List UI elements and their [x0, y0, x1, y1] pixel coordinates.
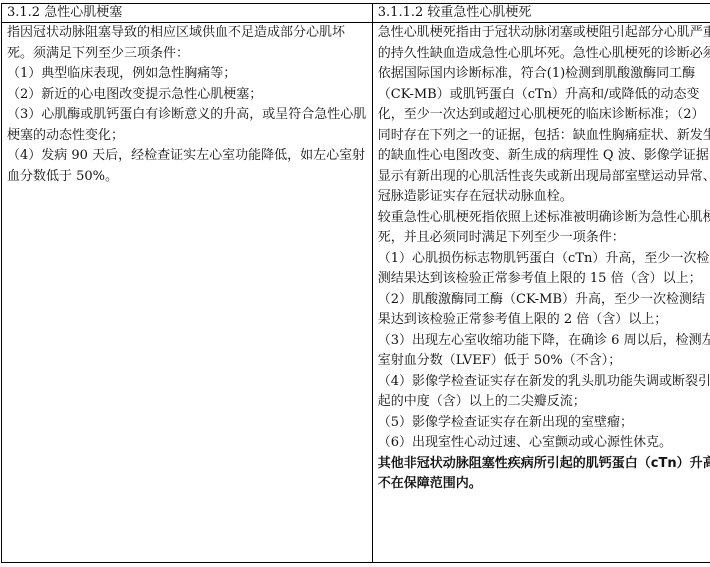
right-condition-4: （4）影像学检查证实存在新发的乳头肌功能失调或断裂引起的中度（含）以上的二尖瓣反… [378, 372, 710, 413]
body-row: 指因冠状动脉阻塞导致的相应区域供血不足造成部分心肌坏死。须满足下列至少三项条件：… [2, 23, 710, 563]
right-severity-intro: 较重急性心肌梗死指依照上述标准被明确诊断为急性心肌梗死，并且必须同时满足下列至少… [378, 208, 710, 249]
left-condition-4: （4）发病 90 天后，经检查证实左心室功能降低，如左心室射血分数低于 50%。 [7, 146, 369, 187]
left-heading: 3.1.2 急性心肌梗塞 [2, 4, 373, 23]
right-condition-1: （1）心肌损伤标志物肌钙蛋白（cTn）升高，至少一次检测结果达到该检验正常参考值… [378, 249, 710, 290]
left-cell: 指因冠状动脉阻塞导致的相应区域供血不足造成部分心肌坏死。须满足下列至少三项条件：… [2, 23, 373, 563]
right-condition-6: （6）出现室性心动过速、心室颤动或心源性休克。 [378, 433, 710, 454]
right-heading: 3.1.1.2 较重急性心肌梗死 [372, 4, 710, 23]
right-cell: 急性心肌梗死指由于冠状动脉闭塞或梗阻引起部分心肌严重的持久性缺血造成急性心肌坏死… [372, 23, 710, 563]
right-definition: 急性心肌梗死指由于冠状动脉闭塞或梗阻引起部分心肌严重的持久性缺血造成急性心肌坏死… [378, 23, 710, 208]
left-condition-3: （3）心肌酶或肌钙蛋白有诊断意义的升高，或呈符合急性心肌梗塞的动态性变化； [7, 105, 369, 146]
left-condition-1: （1）典型临床表现，例如急性胸痛等； [7, 64, 369, 85]
header-row: 3.1.2 急性心肌梗塞 3.1.1.2 较重急性心肌梗死 [2, 4, 710, 23]
left-condition-2: （2）新近的心电图改变提示急性心肌梗塞； [7, 85, 369, 106]
right-condition-5: （5）影像学检查证实存在新出现的室壁瘤； [378, 413, 710, 434]
comparison-table: 3.1.2 急性心肌梗塞 3.1.1.2 较重急性心肌梗死 指因冠状动脉阻塞导致… [1, 3, 710, 563]
right-condition-2: （2）肌酸激酶同工酶（CK-MB）升高，至少一次检测结果达到该检验正常参考值上限… [378, 290, 710, 331]
right-condition-3: （3）出现左心室收缩功能下降，在确诊 6 周以后，检测左室射血分数（LVEF）低… [378, 331, 710, 372]
left-paragraph: 指因冠状动脉阻塞导致的相应区域供血不足造成部分心肌坏死。须满足下列至少三项条件： [7, 23, 369, 64]
exclusion-note: 其他非冠状动脉阻塞性疾病所引起的肌钙蛋白（cTn）升高不在保障范围内。 [378, 454, 710, 495]
